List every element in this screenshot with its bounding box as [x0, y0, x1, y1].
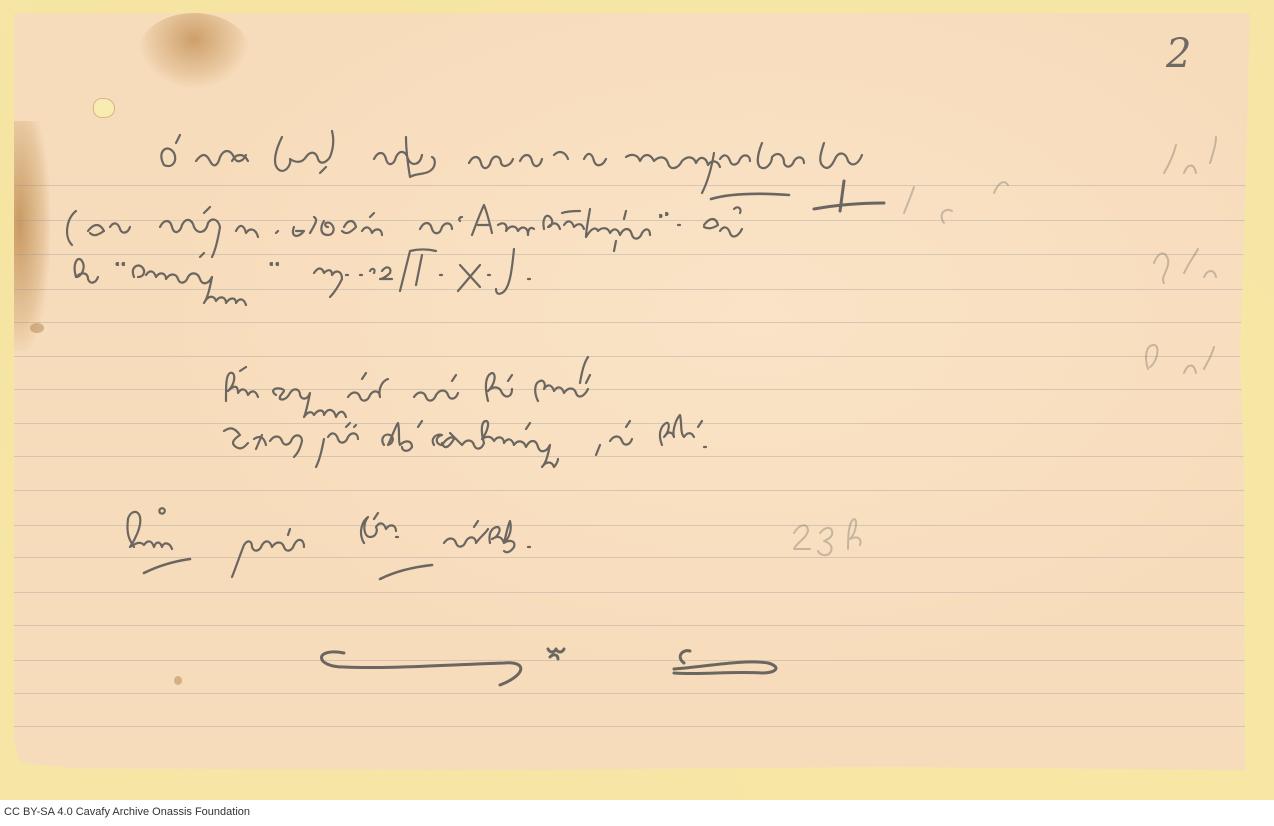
transcription-signature: initials / signature flourish — [14, 13, 25, 14]
signature-flourish — [322, 649, 776, 685]
bleed-through-text — [794, 137, 1216, 555]
handwriting-line-3 — [75, 249, 530, 305]
handwriting-line-4 — [226, 357, 590, 417]
manuscript-sheet: 2 Ό τύπο … υπάρχει σε άλλες μου … (… σελ… — [14, 13, 1250, 770]
handwriting-line-2 — [67, 205, 742, 257]
handwriting-line-6 — [127, 508, 530, 579]
handwriting-line-1 — [161, 131, 884, 211]
handwriting-line-5 — [224, 415, 706, 467]
page-number: 2 — [1166, 31, 1191, 77]
handwriting-strokes — [14, 13, 1250, 770]
license-credit: CC BY-SA 4.0 Cavafy Archive Onassis Foun… — [4, 806, 250, 818]
